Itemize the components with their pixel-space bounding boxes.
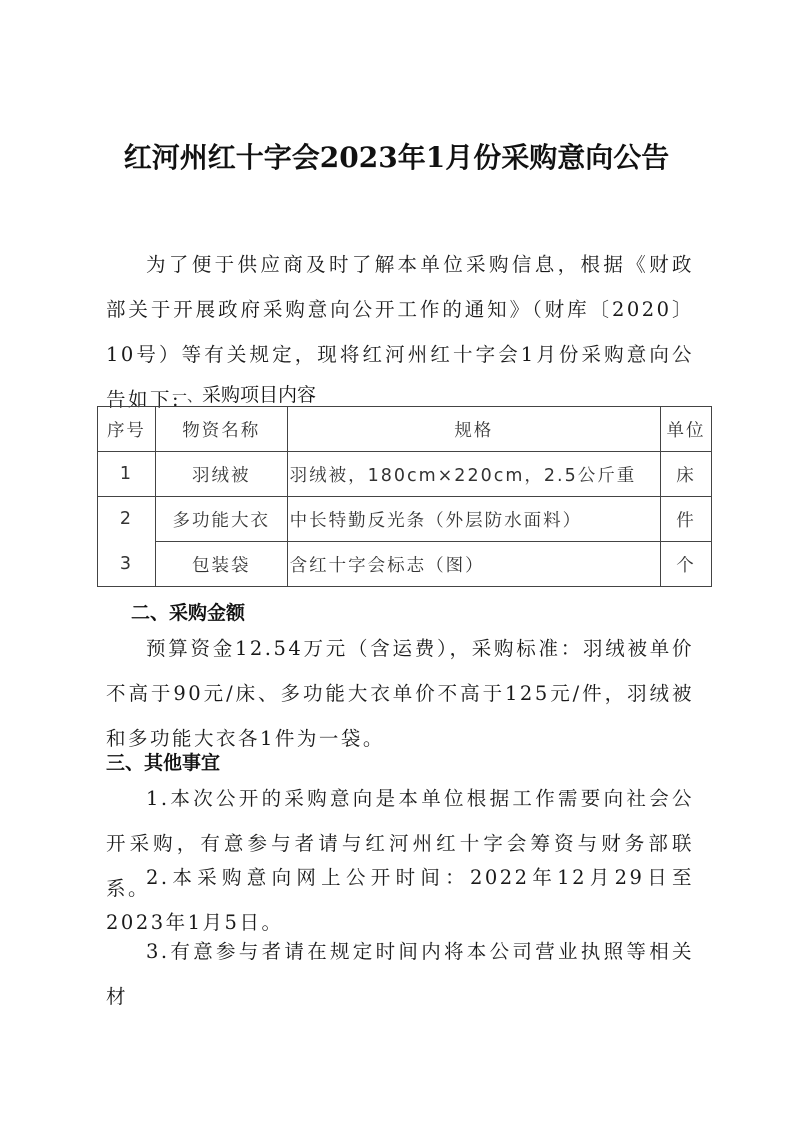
cell-no: 3 [98, 542, 156, 587]
section-1-heading: 一、采购项目内容 [172, 380, 316, 407]
section-2-heading: 二、采购金额 [131, 598, 245, 625]
header-cell-unit: 单位 [661, 407, 712, 452]
cell-unit: 件 [661, 497, 712, 542]
cell-no: 2 [98, 497, 156, 542]
table-row: 3 包装袋 含红十字会标志（图） 个 [98, 542, 712, 587]
cell-spec: 中长特勤反光条（外层防水面料） [287, 497, 660, 542]
cell-spec: 羽绒被，180cm×220cm，2.5公斤重 [287, 452, 660, 497]
cell-unit: 床 [661, 452, 712, 497]
header-cell-no: 序号 [98, 407, 156, 452]
section-2-body: 预算资金12.54万元（含运费），采购标准：羽绒被单价不高于90元/床、多功能大… [106, 626, 694, 761]
cell-no: 1 [98, 452, 156, 497]
section-3-heading: 三、其他事宜 [106, 748, 220, 775]
procurement-items-table: 序号 物资名称 规格 单位 1 羽绒被 羽绒被，180cm×220cm，2.5公… [97, 406, 712, 587]
cell-name: 多功能大衣 [155, 497, 287, 542]
header-cell-spec: 规格 [287, 407, 660, 452]
document-page: 红河州红十字会2023年1月份采购意向公告 为了便于供应商及时了解本单位采购信息… [0, 0, 793, 1122]
section-1-number: 一、 [172, 387, 202, 405]
page-title: 红河州红十字会2023年1月份采购意向公告 [0, 136, 793, 176]
section-1-title: 采购项目内容 [202, 384, 316, 406]
table-row: 2 多功能大衣 中长特勤反光条（外层防水面料） 件 [98, 497, 712, 542]
cell-unit: 个 [661, 542, 712, 587]
cell-spec: 含红十字会标志（图） [287, 542, 660, 587]
table-row: 1 羽绒被 羽绒被，180cm×220cm，2.5公斤重 床 [98, 452, 712, 497]
header-cell-name: 物资名称 [155, 407, 287, 452]
table-header-row: 序号 物资名称 规格 单位 [98, 407, 712, 452]
section-3-item-3: 3.有意参与者请在规定时间内将本公司营业执照等相关材 [106, 929, 694, 1019]
cell-name: 包装袋 [155, 542, 287, 587]
cell-name: 羽绒被 [155, 452, 287, 497]
